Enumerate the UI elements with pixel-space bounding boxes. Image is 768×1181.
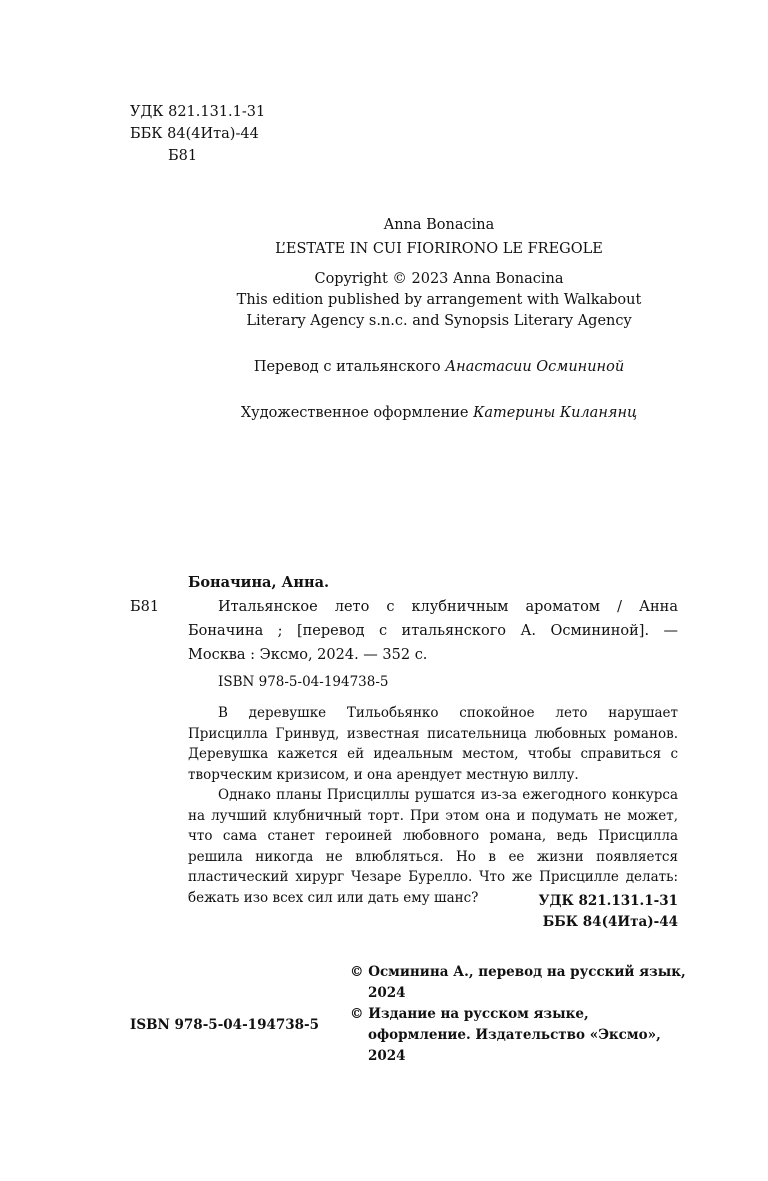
original-title: L’ESTATE IN CUI FIORIRONO LE FREGOLE <box>130 240 748 270</box>
imprint-page: УДК 821.131.1-31 ББК 84(4Ита)-44 Б81 Ann… <box>0 0 768 1181</box>
catalog-line-1: Итальянское лето с клубничным ароматом /… <box>188 598 678 622</box>
catalog-line-3: Москва : Эксмо, 2024. — 352 с. <box>188 646 678 670</box>
copyright-edition: © Издание на русском языке, оформление. … <box>350 1004 690 1067</box>
bbk-code: ББК 84(4Ита)-44 <box>130 125 265 147</box>
credits-block: Anna Bonacina L’ESTATE IN CUI FIORIRONO … <box>130 216 748 428</box>
catalog-isbn: ISBN 978-5-04-194738-5 <box>218 673 389 691</box>
bbk-code-bottom: ББК 84(4Ита)-44 <box>539 913 678 934</box>
copyright-translation: © Осминина А., перевод на русский язык, … <box>350 962 690 1004</box>
annotation-paragraph-2: Однако планы Присциллы рушатся из-за еже… <box>188 785 678 908</box>
copyright-notices: © Осминина А., перевод на русский язык, … <box>350 962 690 1067</box>
annotation-paragraph-1: В деревушке Тильобьянко спокойное лето н… <box>188 703 678 785</box>
translator-name: Анастасии Осмининой <box>445 359 624 375</box>
design-label: Художественное оформление <box>241 405 473 421</box>
translation-label: Перевод с итальянского <box>254 359 445 375</box>
arrangement-line-1: This edition published by arrangement wi… <box>130 291 748 312</box>
catalog-heading: Боначина, Анна. <box>188 574 678 598</box>
catalog-mark: Б81 <box>130 598 159 616</box>
catalog-entry: Боначина, Анна. Итальянское лето с клубн… <box>188 574 678 670</box>
classification-block-bottom: УДК 821.131.1-31 ББК 84(4Ита)-44 <box>539 892 678 934</box>
copyright-line: Copyright © 2023 Anna Bonacina <box>130 270 748 291</box>
catalog-line-2: Боначина ; [перевод с итальянского А. Ос… <box>188 622 678 646</box>
designer-name: Катерины Киланянц <box>473 405 637 421</box>
isbn-bottom: ISBN 978-5-04-194738-5 <box>130 1016 319 1034</box>
translation-credit: Перевод с итальянского Анастасии Осминин… <box>130 358 748 404</box>
classification-block-top: УДК 821.131.1-31 ББК 84(4Ита)-44 Б81 <box>130 103 265 169</box>
author-mark: Б81 <box>130 147 265 169</box>
udk-code-bottom: УДК 821.131.1-31 <box>539 892 678 913</box>
original-author: Anna Bonacina <box>130 216 748 240</box>
arrangement-line-2: Literary Agency s.n.c. and Synopsis Lite… <box>130 312 748 358</box>
annotation: В деревушке Тильобьянко спокойное лето н… <box>188 703 678 908</box>
design-credit: Художественное оформление Катерины Килан… <box>130 404 748 428</box>
udk-code: УДК 821.131.1-31 <box>130 103 265 125</box>
